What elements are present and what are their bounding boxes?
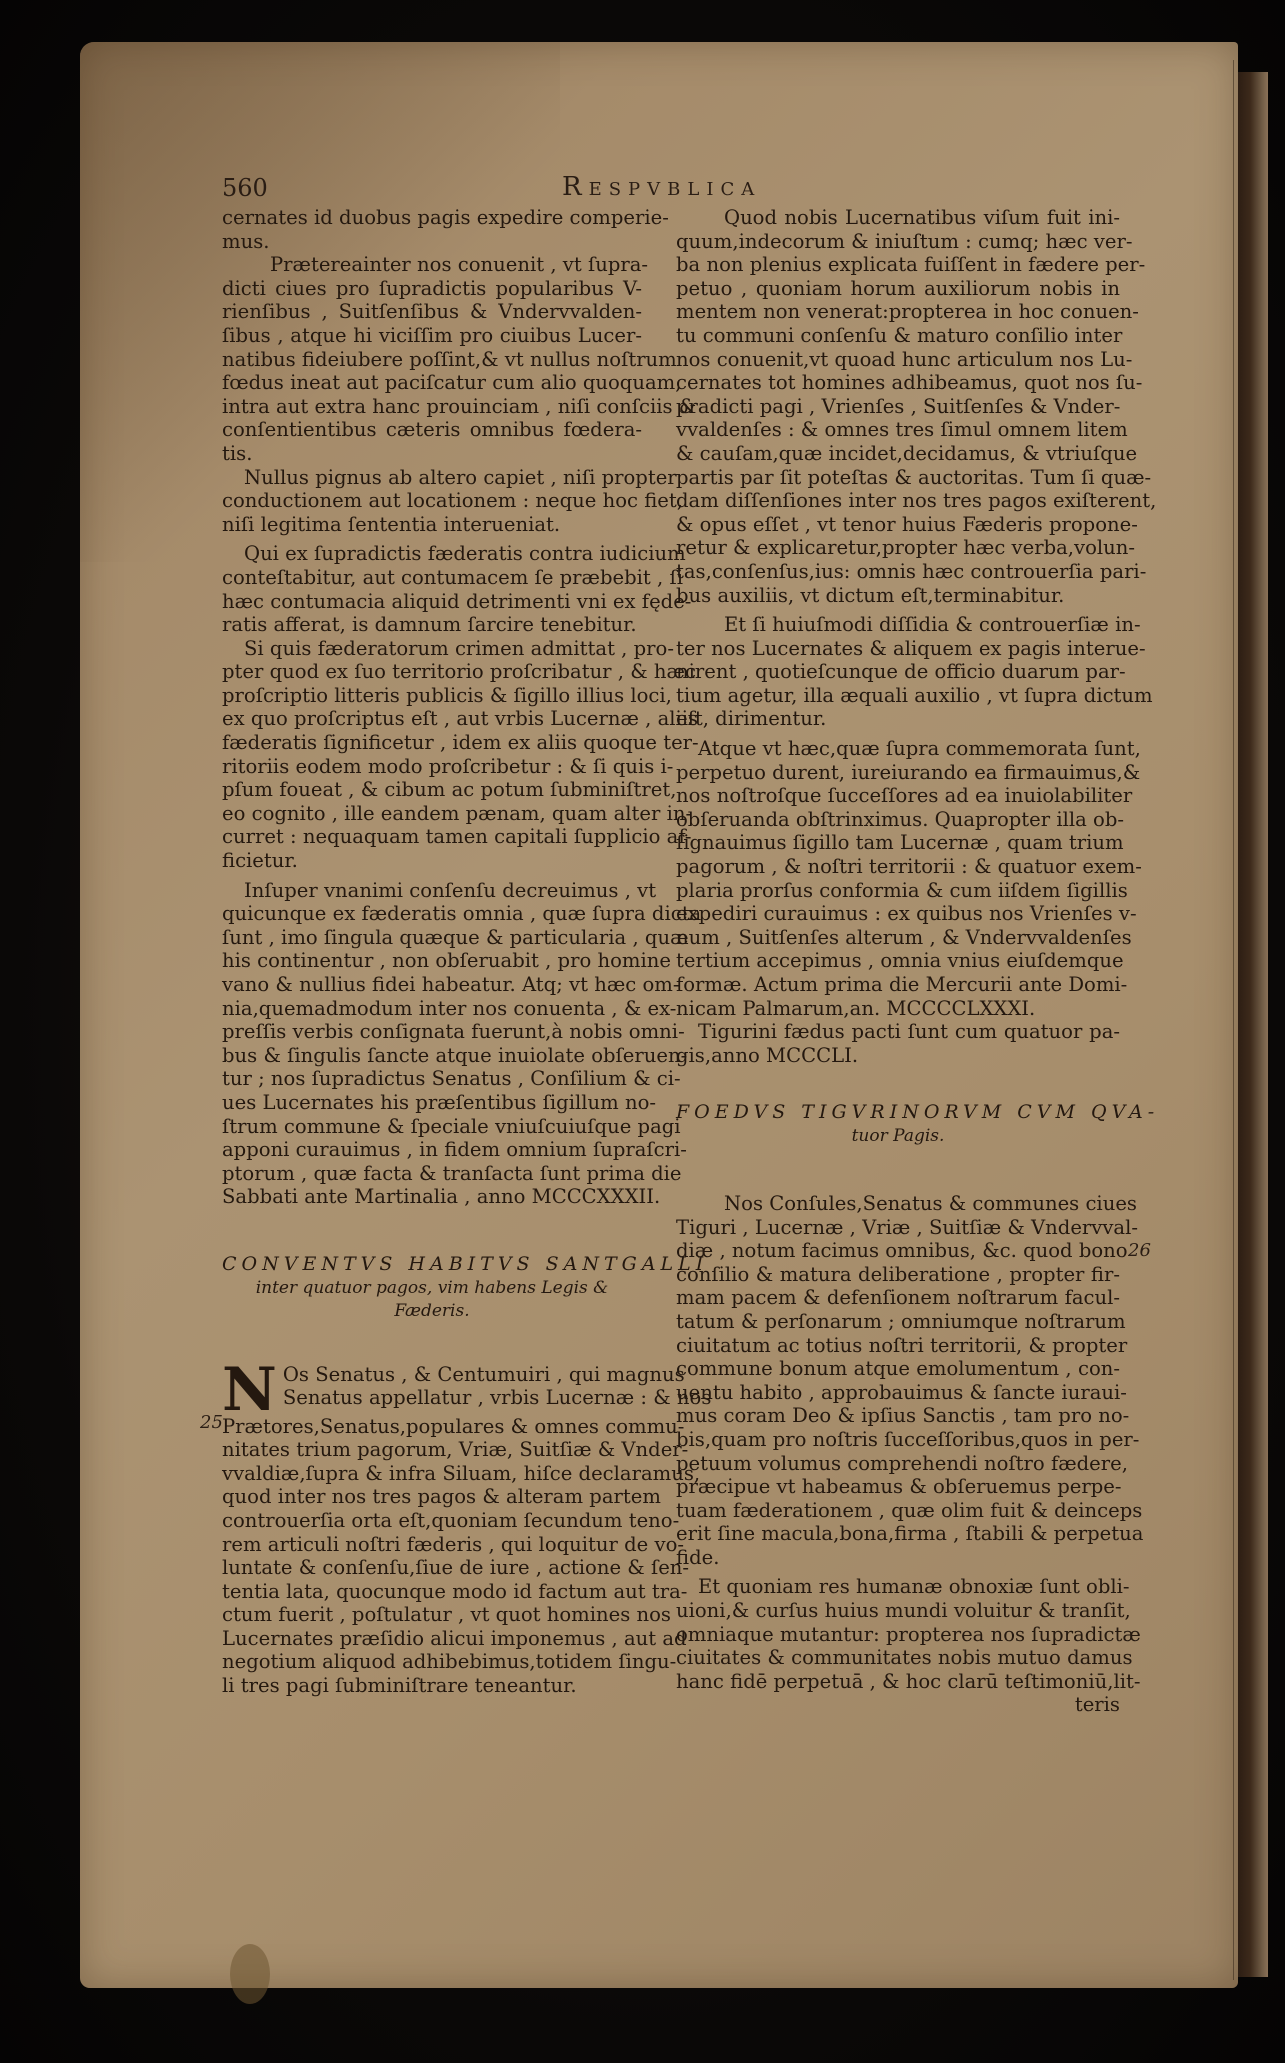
text-line: eo cognito , ille eandem pænam, quam alt… <box>222 802 642 826</box>
text-line: ſignauimus ſigillo tam Lucernæ , quam tr… <box>676 831 1120 855</box>
text-line: petuum volumus comprehendi noſtro fædere… <box>676 1452 1120 1476</box>
text-line: obſeruanda obſtrinximus. Quapropter illa… <box>676 808 1120 832</box>
text-line: pagorum , & noſtri territorii : & quatuo… <box>676 855 1120 879</box>
text-line: ritoriis eodem modo proſcribetur : & ſi … <box>222 755 642 779</box>
text-line: nos noſtroſque ſucceſſores ad ea inuiola… <box>676 784 1120 808</box>
running-title: Respvblica <box>562 172 761 202</box>
margin-note-number: 25 <box>200 1412 223 1433</box>
text-line: conteſtabitur, aut contumacem ſe præbebi… <box>222 566 642 590</box>
text-line: Si quis fæderatorum crimen admittat , pr… <box>222 637 642 661</box>
text-line: & cauſam,quæ incidet,decidamus, & vtriuſ… <box>676 442 1120 466</box>
text-line: omniaque mutantur: propterea nos ſupradi… <box>676 1623 1120 1647</box>
text-line: Atque vt hæc,quæ ſupra commemorata ſunt, <box>676 737 1120 761</box>
text-line: Tigurini fædus pacti ſunt cum quatuor pa… <box>676 1020 1120 1044</box>
text-line: Nos Conſules,Senatus & communes ciues <box>676 1192 1120 1216</box>
text-line: Et ſi huiuſmodi diſſidia & controuerſiæ … <box>676 613 1120 637</box>
text-line: vano & nullius fidei habeatur. Atq; vt h… <box>222 973 642 997</box>
text-line: intra aut extra hanc prouinciam , niſi c… <box>222 395 642 419</box>
text-line: rem articuli noſtri fæderis , qui loquit… <box>222 1533 642 1557</box>
text-line: controuerſia orta eſt,quoniam ſecundum t… <box>222 1509 642 1533</box>
right-column: Quod nobis Lucernatibus viſum fuit ini- … <box>676 206 1120 1717</box>
text-line: mus coram Deo & ipſius Sanctis , tam pro… <box>676 1404 1120 1428</box>
text-line: dam diſſenſiones inter nos tres pagos ex… <box>676 489 1120 513</box>
text-line: ptorum , quæ facta & tranſacta ſunt prim… <box>222 1162 642 1186</box>
text-line: Nullus pignus ab altero capiet , niſi pr… <box>222 466 642 490</box>
text-line: expediri curauimus : ex quibus nos Vrien… <box>676 902 1120 926</box>
text-line: ues Lucernates his præſentibus ſigillum … <box>222 1091 642 1115</box>
text-line: Sabbati ante Martinalia , anno MCCCXXXII… <box>222 1185 642 1209</box>
text-line: ciuitatum ac totius noſtri territorii, &… <box>676 1334 1120 1358</box>
text-line: tuam fæderationem , quæ olim fuit & dein… <box>676 1499 1120 1523</box>
text-line: quicunque ex fæderatis omnia , quæ ſupra… <box>222 902 642 926</box>
text-line: præcipue vt habeamus & obſeruemus perpe- <box>676 1475 1120 1499</box>
text-line: & opus eſſet , vt tenor huius Fæderis pr… <box>676 513 1120 537</box>
text-line: hanc fidē perpetuā , & hoc clarū teſtimo… <box>676 1670 1120 1694</box>
text-line: ciuitates & communitates nobis mutuo dam… <box>676 1646 1120 1670</box>
text-line: gis,anno MCCCLI. <box>676 1044 1120 1068</box>
text-line: ba non plenius explicata fuiſſent in fæd… <box>676 253 1120 277</box>
text-line: mam pacem & defenſionem noſtrarum facul- <box>676 1286 1120 1310</box>
text-line: cernates tot homines adhibeamus, quot no… <box>676 371 1120 395</box>
drop-cap: N <box>222 1365 277 1415</box>
text-line: ter nos Lucernates & aliquem ex pagis in… <box>676 637 1120 661</box>
text-line: tertium accepimus , omnia vnius eiuſdemq… <box>676 949 1120 973</box>
next-page-edge <box>1236 72 1268 1977</box>
text-line: tatum & perſonarum ; omniumque noſtrarum <box>676 1310 1120 1334</box>
text-line: pradicti pagi , Vrienſes , Suitſenſes & … <box>676 395 1120 419</box>
text-line: formæ. Actum prima die Mercurii ante Dom… <box>676 973 1120 997</box>
text-line: bis,quam pro noſtris ſucceſſoribus,quos … <box>676 1428 1120 1452</box>
text-line: fæderatis ſignificetur , idem ex aliis q… <box>222 731 642 755</box>
text-line: quod inter nos tres pagos & alteram part… <box>222 1485 642 1509</box>
text-line: curret : nequaquam tamen capitali ſuppli… <box>222 825 642 849</box>
text-line: num , Suitſenſes alterum , & Vndervvalde… <box>676 926 1120 950</box>
text-line: nia,quemadmodum inter nos conuenta , & e… <box>222 997 642 1021</box>
text-line: Senatus appellatur , vrbis Lucernæ : & n… <box>222 1386 642 1410</box>
text-line: eſt, dirimentur. <box>676 707 1120 731</box>
section-heading: Foedvs Tigvrinorvm cvm qva- tuor Pagis. <box>676 1101 1120 1148</box>
text-line: negotium aliquod adhibebimus,totidem ſin… <box>222 1650 642 1674</box>
text-line: fœdus ineat aut paciſcatur cum alio quoq… <box>222 371 642 395</box>
text-line: tentia lata, quocunque modo id factum au… <box>222 1580 642 1604</box>
text-line: Inſuper vnanimi conſenſu decreuimus , vt <box>222 879 642 903</box>
text-line: erit ſine macula,bona,firma , ſtabili & … <box>676 1522 1120 1546</box>
text-line: mentem non venerat:propterea in hoc conu… <box>676 300 1120 324</box>
text-line: vvaldenſes : & omnes tres ſimul omnem li… <box>676 418 1120 442</box>
section-body: N Os Senatus , & Centumuiri , qui magnus… <box>222 1363 642 1698</box>
text-line: fide. <box>676 1546 1120 1570</box>
text-line: conſilio & matura deliberatione , propte… <box>676 1263 1120 1287</box>
text-line: niſi legitima ſententia interueniat. <box>222 513 642 537</box>
text-line: tium agetur, illa æquali auxilio , vt ſu… <box>676 684 1120 708</box>
text-line: conſentientibus cæteris omnibus fœdera- <box>222 418 642 442</box>
running-head: 560 Respvblica <box>222 172 1122 206</box>
text-line: Et quoniam res humanæ obnoxiæ ſunt obli- <box>676 1575 1120 1599</box>
text-line: luntate & conſenſu,ſiue de iure , action… <box>222 1556 642 1580</box>
text-line: Tiguri , Lucernæ , Vriæ , Suitſiæ & Vnde… <box>676 1216 1120 1240</box>
text-line: conductionem aut locationem : neque hoc … <box>222 489 642 513</box>
text-line: petuo , quoniam horum auxiliorum nobis i… <box>676 277 1120 301</box>
text-line: cernates id duobus pagis expedire comper… <box>222 206 642 230</box>
text-line: mus. <box>222 230 642 254</box>
text-line: preſſis verbis conſignata fuerunt,à nobi… <box>222 1020 642 1044</box>
text-line: diæ , notum facimus omnibus, &c. quod bo… <box>676 1239 1120 1263</box>
text-line: tis. <box>222 442 642 466</box>
text-line: quum,indecorum & iniuſtum : cumq; hæc ve… <box>676 230 1120 254</box>
text-line: pſum foueat , & cibum ac potum ſubminiſt… <box>222 778 642 802</box>
text-line: bus & ſingulis ſancte atque inuiolate ob… <box>222 1044 642 1068</box>
left-column: cernates id duobus pagis expedire comper… <box>222 206 642 1698</box>
text-line: vvaldiæ,ſupra & infra Siluam, hiſce decl… <box>222 1462 642 1486</box>
text-line: natibus fideiubere poſſint,& vt nullus n… <box>222 348 642 372</box>
catchword: teris <box>676 1693 1120 1717</box>
text-line: bus auxiliis, vt dictum eſt,terminabitur… <box>676 584 1120 608</box>
text-line: apponi curauimus , in fidem omnium ſupra… <box>222 1138 642 1162</box>
text-line: ſtrum commune & ſpeciale vniuſcuiuſque p… <box>222 1115 642 1139</box>
text-line: pter quod ex ſuo territorio proſcribatur… <box>222 660 642 684</box>
heading-title: Foedvs Tigvrinorvm cvm qva- <box>676 1101 1120 1125</box>
text-line: ficietur. <box>222 849 642 873</box>
text-line: tur ; nos ſupradictus Senatus , Conſiliu… <box>222 1067 642 1091</box>
text-line: Prætores,Senatus,populares & omnes commu… <box>222 1415 642 1439</box>
section-body: Nos Conſules,Senatus & communes ciues Ti… <box>676 1192 1120 1717</box>
text-line: Qui ex ſupradictis fæderatis contra iudi… <box>222 542 642 566</box>
text-line: partis par ſit poteſtas & auctoritas. Tu… <box>676 466 1120 490</box>
text-line: Quod nobis Lucernatibus viſum fuit ini- <box>676 206 1120 230</box>
text-line: nos conuenit,vt quoad hunc articulum nos… <box>676 348 1120 372</box>
margin-note-number: 26 <box>1128 1240 1151 1261</box>
heading-subtitle: Fæderis. <box>222 1300 642 1323</box>
text-line: perpetuo durent, iureiurando ea firmauim… <box>676 761 1120 785</box>
text-line: dicti ciues pro ſupradictis popularibus … <box>222 277 642 301</box>
text-line: commune bonum atque emolumentum , con- <box>676 1357 1120 1381</box>
text-line: uioni,& curſus huius mundi voluitur & tr… <box>676 1599 1120 1623</box>
heading-title: Conventvs habitvs Santgalli <box>222 1253 642 1277</box>
text-line: nitates trium pagorum, Vriæ, Suitſiæ & V… <box>222 1438 642 1462</box>
page-number: 560 <box>222 174 268 202</box>
text-line: ſibus , atque hi viciſſim pro ciuibus Lu… <box>222 324 642 348</box>
text-line: retur & explicaretur,propter hæc verba,v… <box>676 536 1120 560</box>
text-line: tas,conſenſus,ius: omnis hæc controuerſi… <box>676 560 1120 584</box>
text-line: proſcriptio litteris publicis & ſigillo … <box>222 684 642 708</box>
text-line: tu communi conſenſu & maturo conſilio in… <box>676 324 1120 348</box>
text-line: plaria prorſus conformia & cum iiſdem ſi… <box>676 879 1120 903</box>
text-line: ratis afferat, is damnum ſarcire tenebit… <box>222 613 642 637</box>
text-line: ex quo proſcriptus eſt , aut vrbis Lucer… <box>222 707 642 731</box>
text-line: rienſibus , Suitſenſibus & Vndervvalden- <box>222 300 642 324</box>
text-line: Os Senatus , & Centumuiri , qui magnus <box>222 1363 642 1387</box>
text-line: li tres pagi ſubminiſtrare teneantur. <box>222 1674 642 1698</box>
section-heading: Conventvs habitvs Santgalli inter quatuo… <box>222 1253 642 1323</box>
heading-subtitle: tuor Pagis. <box>676 1125 1120 1148</box>
text-line: nirent , quotieſcunque de officio duarum… <box>676 660 1120 684</box>
text-line: hæc contumacia aliquid detrimenti vni ex… <box>222 590 642 614</box>
text-line: Lucernates præſidio alicui imponemus , a… <box>222 1627 642 1651</box>
text-line: ſunt , imo ſingula quæque & particularia… <box>222 926 642 950</box>
page-edge-line <box>1233 60 1234 1980</box>
text-line: his continentur , non obſeruabit , pro h… <box>222 949 642 973</box>
text-line: uentu habito , approbauimus & ſancte iur… <box>676 1381 1120 1405</box>
paper-stain <box>230 1944 270 2004</box>
heading-subtitle: inter quatuor pagos, vim habens Legis & <box>222 1277 642 1300</box>
text-line: Prætereainter nos conuenit , vt ſupra- <box>222 253 642 277</box>
text-line: ctum fuerit , poſtulatur , vt quot homin… <box>222 1603 642 1627</box>
text-line: nicam Palmarum,an. MCCCCLXXXI. <box>676 997 1120 1021</box>
